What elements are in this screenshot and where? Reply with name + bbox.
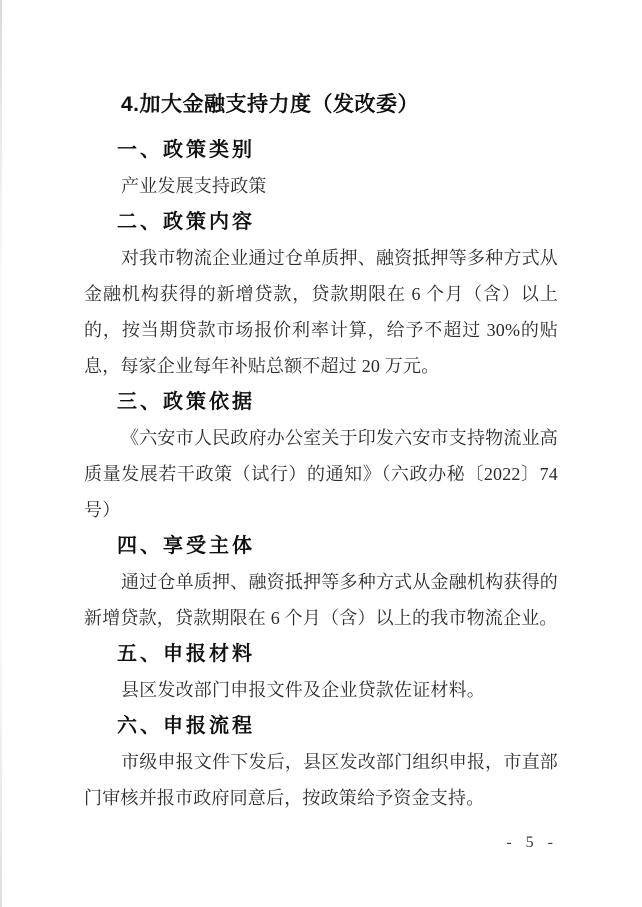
document-page: 4.加大金融支持力度（发改委） 一、政策类别 产业发展支持政策 二、政策内容 对… xyxy=(0,0,642,907)
section-heading-policy-category: 一、政策类别 xyxy=(84,132,558,168)
section-body-application-materials: 县区发改部门申报文件及企业贷款佐证材料。 xyxy=(84,672,558,708)
section-heading-beneficiary: 四、享受主体 xyxy=(84,528,558,564)
section-body-application-process: 市级申报文件下发后，县区发改部门组织申报，市直部门审核并报市政府同意后，按政策给… xyxy=(84,744,558,816)
page-number: - 5 - xyxy=(506,832,558,854)
section-policy-content: 二、政策内容 对我市物流企业通过仓单质押、融资抵押等多种方式从金融机构获得的新增… xyxy=(84,204,558,384)
document-title: 4.加大金融支持力度（发改委） xyxy=(84,86,558,124)
section-body-policy-content: 对我市物流企业通过仓单质押、融资抵押等多种方式从金融机构获得的新增贷款，贷款期限… xyxy=(84,240,558,384)
scan-edge-shadow xyxy=(0,0,2,907)
section-body-policy-category: 产业发展支持政策 xyxy=(84,168,558,204)
document-content: 4.加大金融支持力度（发改委） 一、政策类别 产业发展支持政策 二、政策内容 对… xyxy=(84,86,558,816)
section-heading-policy-basis: 三、政策依据 xyxy=(84,384,558,420)
section-policy-category: 一、政策类别 产业发展支持政策 xyxy=(84,132,558,204)
section-heading-application-materials: 五、申报材料 xyxy=(84,636,558,672)
section-body-policy-basis: 《六安市人民政府办公室关于印发六安市支持物流业高质量发展若干政策（试行）的通知》… xyxy=(84,420,558,528)
section-heading-policy-content: 二、政策内容 xyxy=(84,204,558,240)
section-heading-application-process: 六、申报流程 xyxy=(84,708,558,744)
section-beneficiary: 四、享受主体 通过仓单质押、融资抵押等多种方式从金融机构获得的新增贷款，贷款期限… xyxy=(84,528,558,636)
section-body-beneficiary: 通过仓单质押、融资抵押等多种方式从金融机构获得的新增贷款，贷款期限在 6 个月（… xyxy=(84,564,558,636)
section-policy-basis: 三、政策依据 《六安市人民政府办公室关于印发六安市支持物流业高质量发展若干政策（… xyxy=(84,384,558,528)
section-application-materials: 五、申报材料 县区发改部门申报文件及企业贷款佐证材料。 xyxy=(84,636,558,708)
section-application-process: 六、申报流程 市级申报文件下发后，县区发改部门组织申报，市直部门审核并报市政府同… xyxy=(84,708,558,816)
